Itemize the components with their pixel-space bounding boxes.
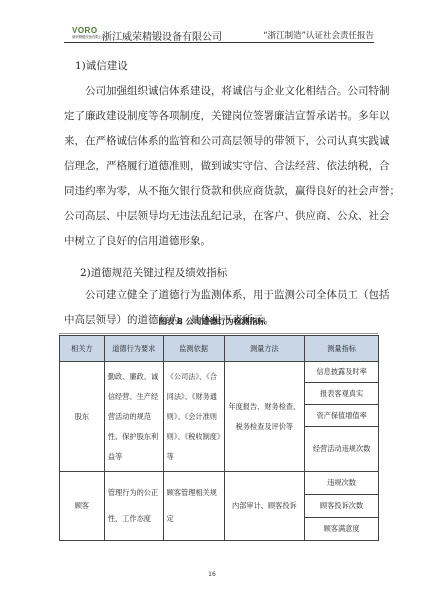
cell-line: 顾客管理相关规 (167, 480, 222, 506)
indicator-cell: 顾客满意度 (305, 518, 379, 541)
column-header: 监测依据 (163, 336, 224, 362)
indicator-cell: 经营活动违规次数 (305, 427, 379, 472)
page-number: 16 (0, 571, 424, 578)
cell-line: 定 (167, 506, 222, 532)
cell-line: 勤政、廉政、诚 (108, 367, 161, 387)
logo-text: VORO (72, 27, 100, 35)
party-cell: 顾客 (60, 472, 105, 541)
cell-line: 营活动的规范 (108, 407, 161, 427)
cell-line: 性、保护股东利 (108, 427, 161, 447)
cell-line: 信经营、生产经 (108, 387, 161, 407)
indicator-cell: 信息披露及时率 (305, 362, 379, 383)
indicator-cell: 资产保值增值率 (305, 405, 379, 427)
section-heading-integrity: 1)诚信建设 (75, 58, 128, 73)
column-header: 相关方 (60, 336, 105, 362)
table-caption: 图表 8 公司道德行为检测指标 (0, 316, 424, 327)
paragraph-line: 定了廉政建设制度等各项制度，关键岗位签署廉洁宣誓承诺书。多年以 (64, 104, 390, 129)
company-name: 浙江威荣精锻设备有限公司 (102, 28, 222, 43)
ethics-indicator-table: 相关方 道德行为要求 监测依据 测量方法 测量指标 股东 勤政、廉政、诚 信经营… (59, 335, 379, 541)
basis-cell: 顾客管理相关规 定 (163, 472, 224, 541)
column-header: 道德行为要求 (104, 336, 163, 362)
table-row: 顾客 管理行为的公正 性，工作态度 顾客管理相关规 定 内部审计、顾客投诉 违规… (60, 472, 379, 495)
table-row: 股东 勤政、廉政、诚 信经营、生产经 营活动的规范 性、保护股东利 益等 《公司… (60, 362, 379, 383)
party-cell: 股东 (60, 362, 105, 472)
paragraph-line: 信理念，严格履行道德准则，做到诚实守信、合法经营、依法纳税，合 (64, 154, 390, 179)
basis-cell: 《公司法》、《合 同法》、《财务通 则》、《会计准则 则》、《税收制度》 等 (163, 362, 224, 472)
cell-line: 则》、《税收制度》 (167, 427, 222, 447)
cell-line: 等 (167, 447, 222, 467)
requirement-cell: 管理行为的公正 性，工作态度 (104, 472, 163, 541)
cell-line: 年度报告、财务检查、 (225, 397, 305, 417)
requirement-cell: 勤政、廉政、诚 信经营、生产经 营活动的规范 性、保护股东利 益等 (104, 362, 163, 472)
paragraph-line: 来，在严格诚信体系的监管和公司高层领导的带领下，公司认真实践诚 (64, 129, 390, 154)
column-header: 测量指标 (305, 336, 379, 362)
paragraph-line: 同违约率为零，从不拖欠银行贷款和供应商货款，赢得良好的社会声誉； (64, 179, 400, 204)
method-cell: 内部审计、顾客投诉 (224, 472, 305, 541)
paragraph-line: 公司加强组织诚信体系建设，将诚信与企业文化相结合。公司特制 (85, 79, 390, 104)
table-header-row: 相关方 道德行为要求 监测依据 测量方法 测量指标 (60, 336, 379, 362)
cell-line: 则》、《会计准则 (167, 407, 222, 427)
indicator-cell: 报表客观真实 (305, 383, 379, 405)
cell-line: 同法》、《财务通 (167, 387, 222, 407)
cell-line: 益等 (108, 447, 161, 467)
logo-subtext: 威荣精锻设备有限公司 (72, 35, 100, 40)
paragraph-line: 中树立了良好的信用道德形象。 (64, 229, 211, 254)
cell-line: 税务检查及评价等 (225, 417, 305, 437)
column-header: 测量方法 (224, 336, 305, 362)
section-heading-ethics: 2)道德规范关键过程及绩效指标 (80, 265, 227, 280)
page-header: VORO 威荣精锻设备有限公司 浙江威荣精锻设备有限公司 “浙江制造”认证社会责… (64, 26, 374, 42)
cell-line: 《公司法》、《合 (167, 367, 222, 387)
company-logo: VORO 威荣精锻设备有限公司 (72, 27, 100, 41)
method-cell: 年度报告、财务检查、 税务检查及评价等 (224, 362, 305, 472)
paragraph-line: 公司高层、中层领导均无违法乱纪记录，在客户、供应商、公众、社会 (64, 204, 390, 229)
indicator-cell: 违规次数 (305, 472, 379, 495)
cell-line: 性，工作态度 (108, 506, 161, 532)
paragraph-line: 公司建立健全了道德行为监测体系，用于监测公司全体员工（包括 (85, 283, 390, 308)
indicator-cell: 顾客投诉次数 (305, 495, 379, 518)
cell-line: 管理行为的公正 (108, 480, 161, 506)
caption-divider (59, 333, 378, 334)
report-title: “浙江制造”认证社会责任报告 (263, 29, 374, 41)
header-divider (64, 42, 374, 43)
